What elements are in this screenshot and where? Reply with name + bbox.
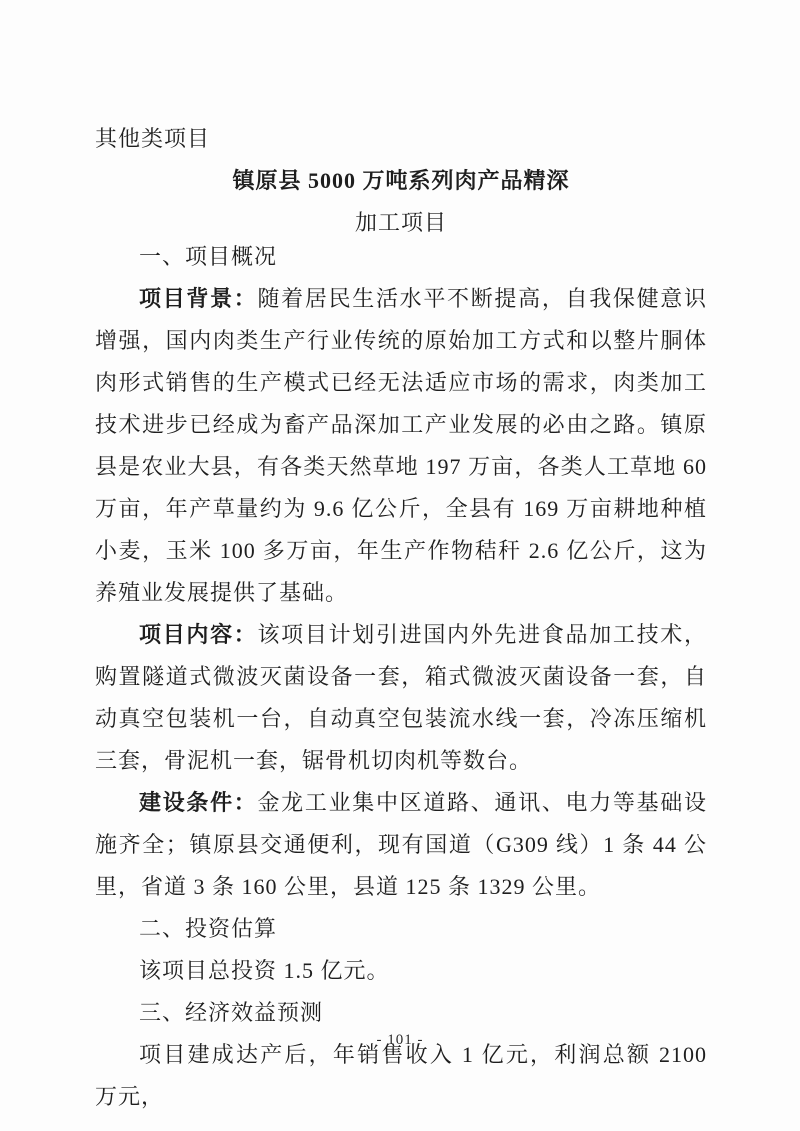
paragraph-background: 项目背景：随着居民生活水平不断提高，自我保健意识增强，国内肉类生产行业传统的原始… bbox=[95, 278, 707, 614]
paragraph-investment: 该项目总投资 1.5 亿元。 bbox=[95, 950, 707, 992]
document-content: 其他类项目 镇原县 5000 万吨系列肉产品精深 加工项目 一、项目概况 项目背… bbox=[95, 118, 707, 1118]
paragraph-content: 项目内容：该项目计划引进国内外先进食品加工技术，购置隧道式微波灭菌设备一套，箱式… bbox=[95, 614, 707, 782]
paragraph-conditions: 建设条件：金龙工业集中区道路、通讯、电力等基础设施齐全；镇原县交通便利，现有国道… bbox=[95, 782, 707, 908]
section-heading-benefit: 三、经济效益预测 bbox=[95, 992, 707, 1034]
document-page: 其他类项目 镇原县 5000 万吨系列肉产品精深 加工项目 一、项目概况 项目背… bbox=[0, 0, 800, 1131]
project-title-line1: 镇原县 5000 万吨系列肉产品精深 bbox=[95, 160, 707, 202]
paragraph-background-label: 项目背景： bbox=[139, 286, 257, 311]
paragraph-background-text: 随着居民生活水平不断提高，自我保健意识增强，国内肉类生产行业传统的原始加工方式和… bbox=[95, 286, 707, 605]
section-heading-investment: 二、投资估算 bbox=[95, 908, 707, 950]
paragraph-conditions-label: 建设条件： bbox=[139, 790, 257, 815]
paragraph-content-label: 项目内容： bbox=[139, 622, 257, 647]
page-number: - 101 - bbox=[0, 1032, 800, 1049]
document-category-label: 其他类项目 bbox=[95, 118, 707, 160]
project-title: 镇原县 5000 万吨系列肉产品精深 加工项目 bbox=[95, 160, 707, 244]
